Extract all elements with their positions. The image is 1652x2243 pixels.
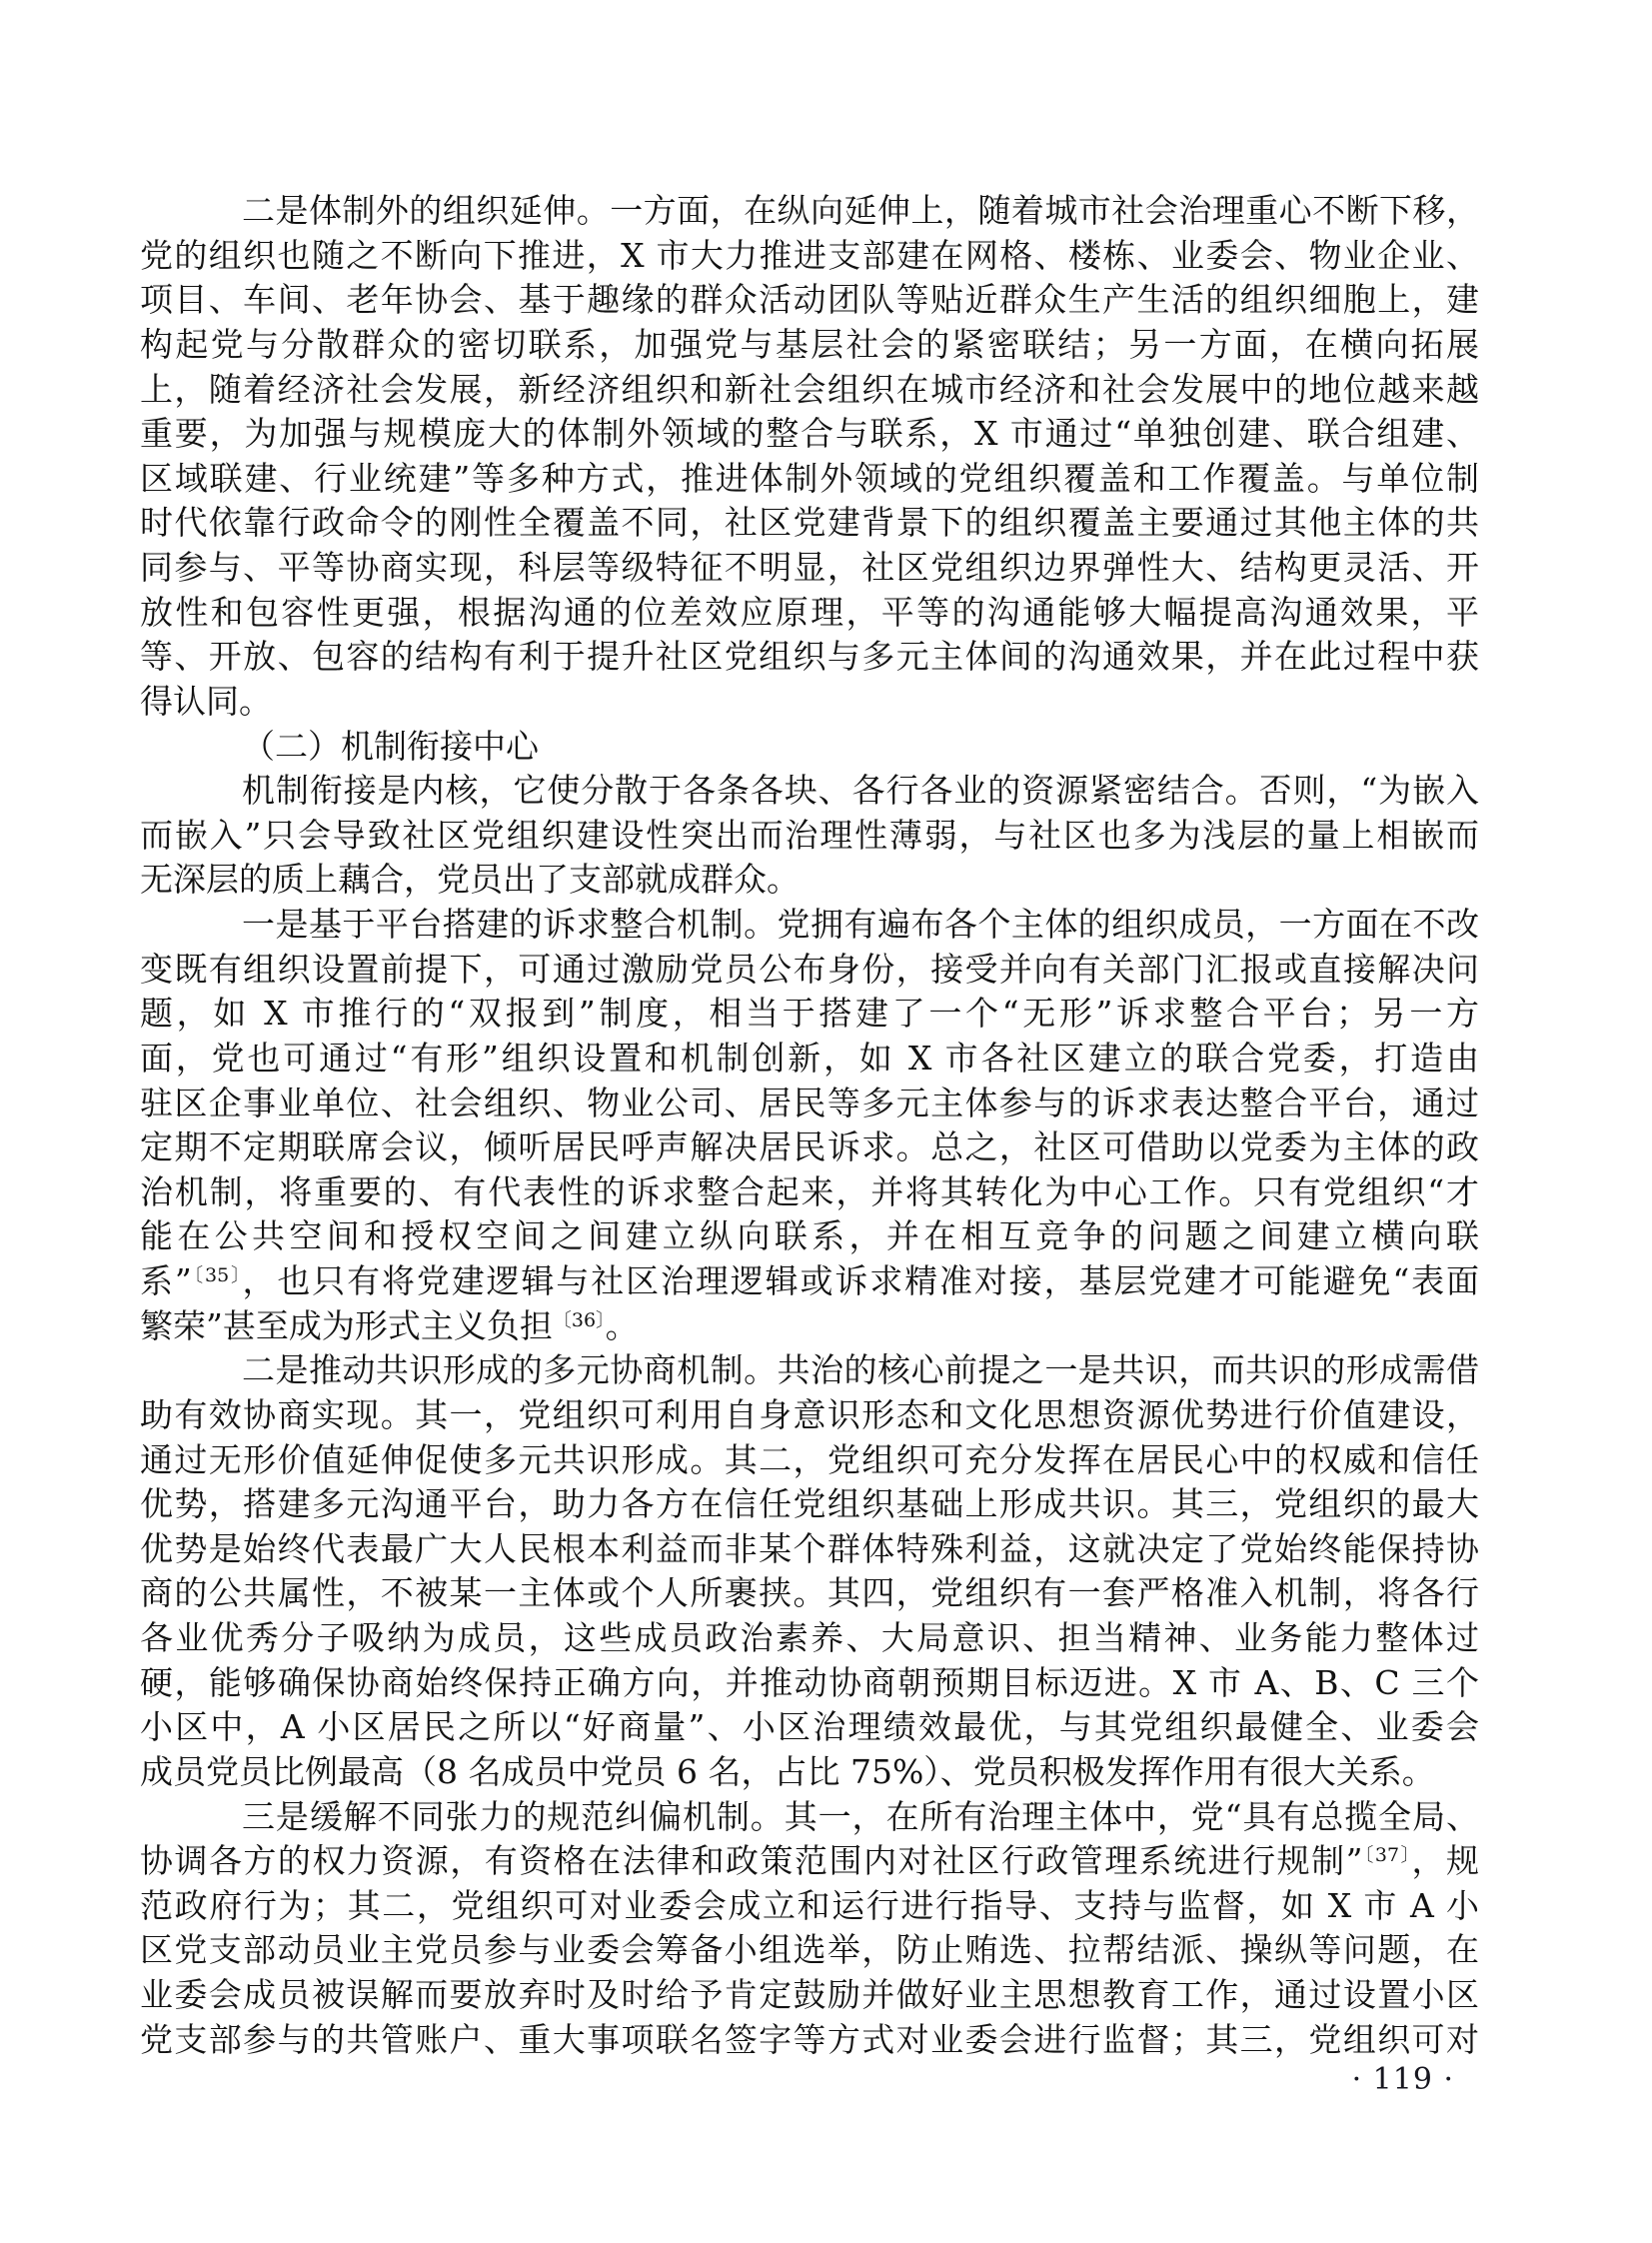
text-line: 区党支部动员业主党员参与业委会筹备小组选举，防止贿选、拉帮结派、操纵等问题，在 bbox=[140, 1928, 1479, 1973]
text-line: 放性和包容性更强，根据沟通的位差效应原理，平等的沟通能够大幅提高沟通效果，平 bbox=[140, 591, 1479, 636]
text-line: 构起党与分散群众的密切联系，加强党与基层社会的紧密联结；另一方面，在横向拓展 bbox=[140, 323, 1479, 368]
text-line: 小区中，A 小区居民之所以“好商量”、小区治理绩效最优，与其党组织最健全、业委会 bbox=[140, 1705, 1479, 1750]
text-line: 优势是始终代表最广大人民根本利益而非某个群体特殊利益，这就决定了党始终能保持协 bbox=[140, 1527, 1479, 1572]
text-line: 得认同。 bbox=[140, 680, 1479, 725]
footnote-ref: 〔35〕 bbox=[192, 1264, 243, 1286]
text-line: 助有效协商实现。其一，党组织可利用自身意识形态和文化思想资源优势进行价值建设， bbox=[140, 1393, 1479, 1438]
text-line: 区域联建、行业统建”等多种方式，推进体制外领域的党组织覆盖和工作覆盖。与单位制 bbox=[140, 457, 1479, 502]
text-line: 业委会成员被误解而要放弃时及时给予肯定鼓励并做好业主思想教育工作，通过设置小区 bbox=[140, 1973, 1479, 2018]
text-line: 机制衔接是内核，它使分散于各条各块、各行各业的资源紧密结合。否则，“为嵌入 bbox=[140, 769, 1479, 814]
text-line: 定期不定期联席会议，倾听居民呼声解决居民诉求。总之，社区可借助以党委为主体的政 bbox=[140, 1125, 1479, 1170]
text-line: 三是缓解不同张力的规范纠偏机制。其一，在所有治理主体中，党“具有总揽全局、 bbox=[140, 1795, 1479, 1840]
text-line: 通过无形价值延伸促使多元共识形成。其二，党组织可充分发挥在居民心中的权威和信任 bbox=[140, 1438, 1479, 1483]
text-line: 繁荣”甚至成为形式主义负担〔36〕。 bbox=[140, 1304, 1479, 1349]
text-line: 而嵌入”只会导致社区党组织建设性突出而治理性薄弱，与社区也多为浅层的量上相嵌而 bbox=[140, 814, 1479, 859]
text-line: 无深层的质上藕合，党员出了支部就成群众。 bbox=[140, 858, 1479, 903]
page-number: · 119 · bbox=[1352, 2063, 1454, 2097]
text-line: 二是推动共识形成的多元协商机制。共治的核心前提之一是共识，而共识的形成需借 bbox=[140, 1348, 1479, 1393]
text-line: 等、开放、包容的结构有利于提升社区党组织与多元主体间的沟通效果，并在此过程中获 bbox=[140, 635, 1479, 680]
text-line: 项目、车间、老年协会、基于趣缘的群众活动团队等贴近群众生产生活的组织细胞上，建 bbox=[140, 278, 1479, 323]
text-line: 驻区企事业单位、社会组织、物业公司、居民等多元主体参与的诉求表达整合平台，通过 bbox=[140, 1082, 1479, 1126]
article-body: 二是体制外的组织延伸。一方面，在纵向延伸上，随着城市社会治理重心不断下移，党的组… bbox=[140, 189, 1479, 2062]
text-line: 题，如 X 市推行的“双报到”制度，相当于搭建了一个“无形”诉求整合平台；另一方 bbox=[140, 992, 1479, 1037]
text-line: 系”〔35〕，也只有将党建逻辑与社区治理逻辑或诉求精准对接，基层党建才可能避免“… bbox=[140, 1259, 1479, 1304]
document-page: 二是体制外的组织延伸。一方面，在纵向延伸上，随着城市社会治理重心不断下移，党的组… bbox=[0, 0, 1652, 2243]
text-line: 上，随着经济社会发展，新经济组织和新社会组织在城市经济和社会发展中的地位越来越 bbox=[140, 368, 1479, 413]
text-line: 优势，搭建多元沟通平台，助力各方在信任党组织基础上形成共识。其三，党组织的最大 bbox=[140, 1482, 1479, 1527]
text-line: 治机制，将重要的、有代表性的诉求整合起来，并将其转化为中心工作。只有党组织“才 bbox=[140, 1170, 1479, 1215]
text-line: 二是体制外的组织延伸。一方面，在纵向延伸上，随着城市社会治理重心不断下移， bbox=[140, 189, 1479, 234]
text-line: 协调各方的权力资源，有资格在法律和政策范围内对社区行政管理系统进行规制”〔37〕… bbox=[140, 1839, 1479, 1884]
text-line: 重要，为加强与规模庞大的体制外领域的整合与联系，X 市通过“单独创建、联合组建、 bbox=[140, 412, 1479, 457]
text-line: 时代依靠行政命令的刚性全覆盖不同，社区党建背景下的组织覆盖主要通过其他主体的共 bbox=[140, 501, 1479, 546]
text-line: 一是基于平台搭建的诉求整合机制。党拥有遍布各个主体的组织成员，一方面在不改 bbox=[140, 903, 1479, 948]
text-line: 党的组织也随之不断向下推进，X 市大力推进支部建在网格、楼栋、业委会、物业企业、 bbox=[140, 234, 1479, 279]
text-line: 商的公共属性，不被某一主体或个人所裹挟。其四，党组织有一套严格准入机制，将各行 bbox=[140, 1571, 1479, 1616]
text-line: 成员党员比例最高（8 名成员中党员 6 名，占比 75%）、党员积极发挥作用有很… bbox=[140, 1750, 1479, 1795]
text-line: 范政府行为；其二，党组织可对业委会成立和运行进行指导、支持与监督，如 X 市 A… bbox=[140, 1884, 1479, 1929]
footnote-ref: 〔37〕 bbox=[1362, 1844, 1411, 1866]
text-line: 变既有组织设置前提下，可通过激励党员公布身份，接受并向有关部门汇报或直接解决问 bbox=[140, 948, 1479, 993]
footnote-ref: 〔36〕 bbox=[553, 1309, 606, 1331]
section-heading: （二）机制衔接中心 bbox=[140, 725, 1479, 770]
text-line: 同参与、平等协商实现，科层等级特征不明显，社区党组织边界弹性大、结构更灵活、开 bbox=[140, 546, 1479, 591]
text-line: 硬，能够确保协商始终保持正确方向，并推动协商朝预期目标迈进。X 市 A、B、C … bbox=[140, 1661, 1479, 1706]
text-line: 各业优秀分子吸纳为成员，这些成员政治素养、大局意识、担当精神、业务能力整体过 bbox=[140, 1616, 1479, 1661]
text-line: 党支部参与的共管账户、重大事项联名签字等方式对业委会进行监督；其三，党组织可对 bbox=[140, 2018, 1479, 2063]
text-line: 面，党也可通过“有形”组织设置和机制创新，如 X 市各社区建立的联合党委，打造由 bbox=[140, 1037, 1479, 1082]
text-line: 能在公共空间和授权空间之间建立纵向联系，并在相互竞争的问题之间建立横向联 bbox=[140, 1214, 1479, 1259]
